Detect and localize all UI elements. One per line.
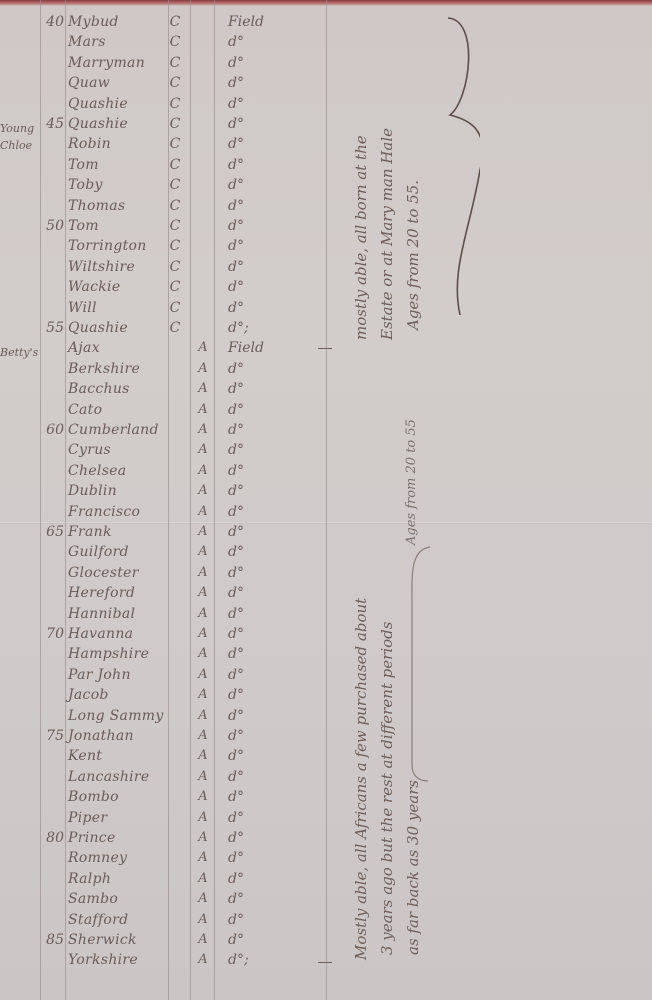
origin-mark-alt: A [192,626,214,641]
employment: d° [228,483,288,499]
entry-name: Ralph [68,871,178,887]
employment: d° [228,830,288,846]
entry-name: Jacob [68,687,178,703]
entry-name: Robin [68,136,178,152]
creole-note-line-3: Ages from 20 to 55. [404,180,422,330]
curly-brace-icon [400,545,440,785]
employment: d° [228,565,288,581]
entry-name: Cyrus [68,442,178,458]
origin-mark-alt: A [192,769,214,784]
table-row: YorkshireAd°; [0,952,345,975]
entry-name: Guilford [68,544,178,560]
origin-mark-alt: A [192,952,214,967]
employment: d°; [228,952,288,968]
employment: d° [228,463,288,479]
entry-number: 70 [40,626,64,642]
employment: d° [228,238,288,254]
origin-mark-alt: A [192,687,214,702]
origin-mark: C [165,55,185,71]
entry-name: Ajax [68,340,178,356]
entry-name: Bacchus [68,381,178,397]
entry-name: Kent [68,748,178,764]
entry-name: Quashie [68,116,178,132]
origin-mark-alt: A [192,606,214,621]
entry-name: Cumberland [68,422,178,438]
employment: d° [228,361,288,377]
african-note-line-2: 3 years ago but the rest at different pe… [378,622,396,955]
origin-mark-alt: A [192,646,214,661]
entry-name: Hannibal [68,606,178,622]
entry-name: Piper [68,810,178,826]
origin-mark-alt: A [192,504,214,519]
employment: d° [228,75,288,91]
entry-name: Quashie [68,96,178,112]
employment: d° [228,810,288,826]
entry-name: Cato [68,402,178,418]
employment: d° [228,687,288,703]
employment: d° [228,422,288,438]
origin-mark-alt: A [192,932,214,947]
origin-mark: C [165,116,185,132]
employment: d° [228,585,288,601]
entry-name: Havanna [68,626,178,642]
employment: d°; [228,320,288,336]
entry-number: 80 [40,830,64,846]
entry-name: Chelsea [68,463,178,479]
origin-mark-alt: A [192,361,214,376]
creole-note-line-1: mostly able, all born at the [352,135,370,340]
employment: d° [228,402,288,418]
origin-mark: C [165,96,185,112]
employment: d° [228,177,288,193]
african-note-ages: Ages from 20 to 55 [404,419,419,545]
entry-name: Hereford [68,585,178,601]
entry-name: Bombo [68,789,178,805]
origin-mark-alt: A [192,789,214,804]
employment: d° [228,850,288,866]
margin-note: Betty's [0,346,40,359]
entry-name: Tom [68,218,178,234]
origin-mark: C [165,198,185,214]
origin-mark-alt: A [192,483,214,498]
origin-mark: C [165,34,185,50]
origin-mark-alt: A [192,565,214,580]
employment: d° [228,748,288,764]
entry-number: 75 [40,728,64,744]
entry-number: 65 [40,524,64,540]
origin-mark-alt: A [192,544,214,559]
employment: d° [228,157,288,173]
entry-number: 85 [40,932,64,948]
creole-note-line-2: Estate or at Mary man Hale [378,128,396,340]
origin-mark-alt: A [192,912,214,927]
employment: d° [228,544,288,560]
entry-name: Frank [68,524,178,540]
origin-mark: C [165,279,185,295]
employment: d° [228,524,288,540]
entry-name: Lancashire [68,769,178,785]
origin-mark-alt: A [192,442,214,457]
origin-mark: C [165,157,185,173]
bracket-tick [318,962,332,963]
curly-brace-icon [440,10,480,320]
employment: d° [228,218,288,234]
bracket-tick [318,348,332,349]
employment: d° [228,136,288,152]
origin-mark: C [165,320,185,336]
entry-name: Berkshire [68,361,178,377]
origin-mark-alt: A [192,748,214,763]
african-note-line-3: as far back as 30 years [404,780,422,955]
employment: d° [228,626,288,642]
entry-name: Torrington [68,238,178,254]
entry-name: Will [68,300,178,316]
employment: d° [228,708,288,724]
employment: Field [228,340,288,356]
employment: d° [228,34,288,50]
employment: d° [228,116,288,132]
entry-name: Wiltshire [68,259,178,275]
entry-name: Romney [68,850,178,866]
entry-name: Sherwick [68,932,178,948]
entry-name: Prince [68,830,178,846]
origin-mark-alt: A [192,463,214,478]
margin-note: Chloe [0,139,40,152]
origin-mark: C [165,259,185,275]
employment: d° [228,769,288,785]
entry-name: Yorkshire [68,952,178,968]
employment: d° [228,279,288,295]
employment: d° [228,198,288,214]
entry-name: Jonathan [68,728,178,744]
origin-mark: C [165,75,185,91]
origin-mark-alt: A [192,891,214,906]
entry-name: Glocester [68,565,178,581]
entry-name: Long Sammy [68,708,178,724]
employment: Field [228,14,288,30]
employment: d° [228,96,288,112]
entry-name: Mybud [68,14,178,30]
entry-name: Mars [68,34,178,50]
origin-mark: C [165,218,185,234]
origin-mark: C [165,14,185,30]
origin-mark: C [165,177,185,193]
employment: d° [228,259,288,275]
origin-mark-alt: A [192,728,214,743]
entry-number: 45 [40,116,64,132]
entry-name: Toby [68,177,178,193]
entry-name: Par John [68,667,178,683]
employment: d° [228,932,288,948]
origin-mark-alt: A [192,871,214,886]
origin-mark-alt: A [192,708,214,723]
employment: d° [228,871,288,887]
origin-mark-alt: A [192,422,214,437]
origin-mark-alt: A [192,667,214,682]
employment: d° [228,728,288,744]
entry-number: 40 [40,14,64,30]
entry-name: Tom [68,157,178,173]
employment: d° [228,646,288,662]
entry-number: 60 [40,422,64,438]
entry-number: 50 [40,218,64,234]
employment: d° [228,504,288,520]
employment: d° [228,912,288,928]
employment: d° [228,891,288,907]
entry-name: Francisco [68,504,178,520]
origin-mark-alt: A [192,850,214,865]
employment: d° [228,381,288,397]
employment: d° [228,606,288,622]
entry-name: Quaw [68,75,178,91]
entry-name: Marryman [68,55,178,71]
entry-name: Thomas [68,198,178,214]
employment: d° [228,55,288,71]
margin-note: Young [0,122,40,135]
origin-mark-alt: A [192,381,214,396]
entry-name: Dublin [68,483,178,499]
entry-number: 55 [40,320,64,336]
origin-mark: C [165,136,185,152]
entry-name: Wackie [68,279,178,295]
origin-mark-alt: A [192,830,214,845]
african-note-line-1: Mostly able, all Africans a few purchase… [352,598,370,960]
origin-mark-alt: A [192,810,214,825]
employment: d° [228,789,288,805]
entry-name: Hampshire [68,646,178,662]
origin-mark-alt: A [192,340,214,355]
origin-mark-alt: A [192,524,214,539]
employment: d° [228,667,288,683]
origin-mark: C [165,238,185,254]
entry-name: Stafford [68,912,178,928]
origin-mark: C [165,300,185,316]
entry-name: Quashie [68,320,178,336]
origin-mark-alt: A [192,402,214,417]
employment: d° [228,300,288,316]
entry-name: Sambo [68,891,178,907]
employment: d° [228,442,288,458]
origin-mark-alt: A [192,585,214,600]
